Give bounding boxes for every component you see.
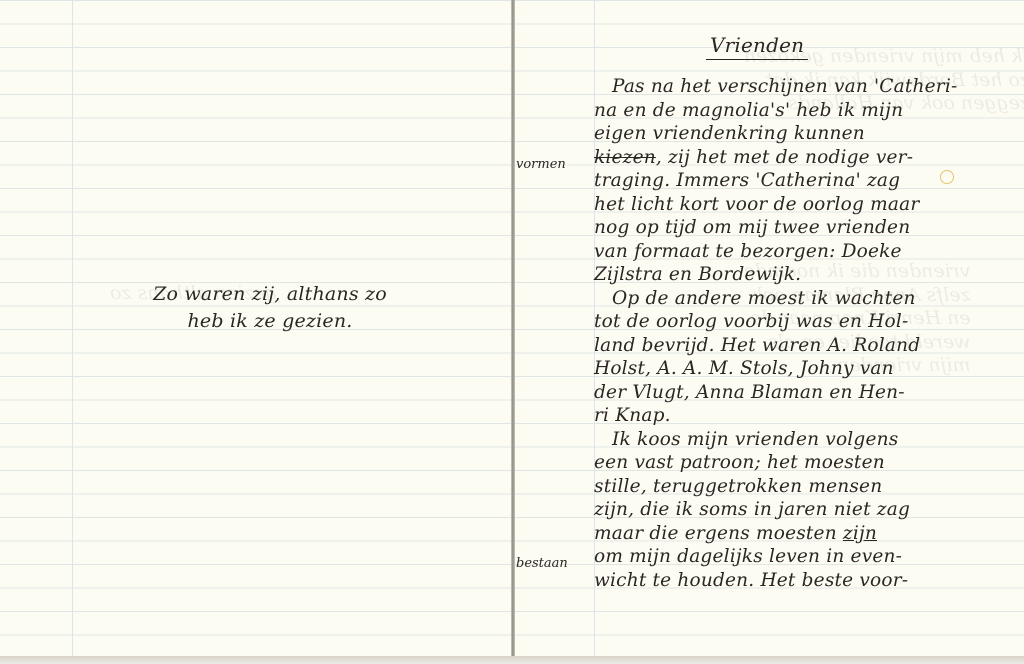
underlined-word: zijn <box>843 523 877 544</box>
left-page-caption: Zo waren zij, althans zo heb ik ze gezie… <box>95 281 445 335</box>
left-margin-line <box>72 0 73 658</box>
left-notebook-page: gezien althans zo Zo waren zij, althans … <box>0 0 512 658</box>
text-line-rest: , zij het met de nodige ver- <box>656 147 913 168</box>
margin-correction-bestaan: bestaan <box>516 556 568 571</box>
chapter-title: Vrienden <box>706 33 808 60</box>
handwritten-body: Pas na het verschijnen van 'Catheri- na … <box>594 75 1024 592</box>
text-line: Holst, A. A. M. Stols, Johny van <box>594 357 1024 381</box>
struck-word: kiezen <box>594 147 656 168</box>
book-gutter <box>511 0 515 664</box>
text-line: Op de andere moest ik wachten <box>594 287 1024 311</box>
caption-line-1: Zo waren zij, althans zo <box>95 281 445 308</box>
page-bottom-edge <box>0 656 1024 664</box>
text-line: van formaat te bezorgen: Doeke <box>594 240 1024 264</box>
text-line: stille, teruggetrokken mensen <box>594 475 1024 499</box>
text-line: na en de magnolia's' heb ik mijn <box>594 99 1024 123</box>
text-line: zijn, die ik soms in jaren niet zag <box>594 498 1024 522</box>
text-line-with-strikethrough: kiezen, zij het met de nodige ver- <box>594 146 1024 170</box>
text-line: eigen vriendenkring kunnen <box>594 122 1024 146</box>
text-line: ri Knap. <box>594 404 1024 428</box>
text-line: Ik koos mijn vrienden volgens <box>594 428 1024 452</box>
text-line: Pas na het verschijnen van 'Catheri- <box>594 75 1024 99</box>
text-line: land bevrijd. Het waren A. Roland <box>594 334 1024 358</box>
text-line: het licht kort voor de oorlog maar <box>594 193 1024 217</box>
text-line: tot de oorlog voorbij was en Hol- <box>594 310 1024 334</box>
text-line: Zijlstra en Bordewijk. <box>594 263 1024 287</box>
text-line: een vast patroon; het moesten <box>594 451 1024 475</box>
margin-correction-vormen: vormen <box>516 157 566 172</box>
text-line: om mijn dagelijks leven in even- <box>594 545 1024 569</box>
caption-line-2: heb ik ze gezien. <box>95 308 445 335</box>
text-line: nog op tijd om mij twee vrienden <box>594 216 1024 240</box>
text-line: der Vlugt, Anna Blaman en Hen- <box>594 381 1024 405</box>
text-line: traging. Immers 'Catherina' zag <box>594 169 1024 193</box>
text-line-with-underline: maar die ergens moesten zijn <box>594 522 1024 546</box>
text-line: wicht te houden. Het beste voor- <box>594 569 1024 593</box>
text-line-prefix: maar die ergens moesten <box>594 523 843 544</box>
